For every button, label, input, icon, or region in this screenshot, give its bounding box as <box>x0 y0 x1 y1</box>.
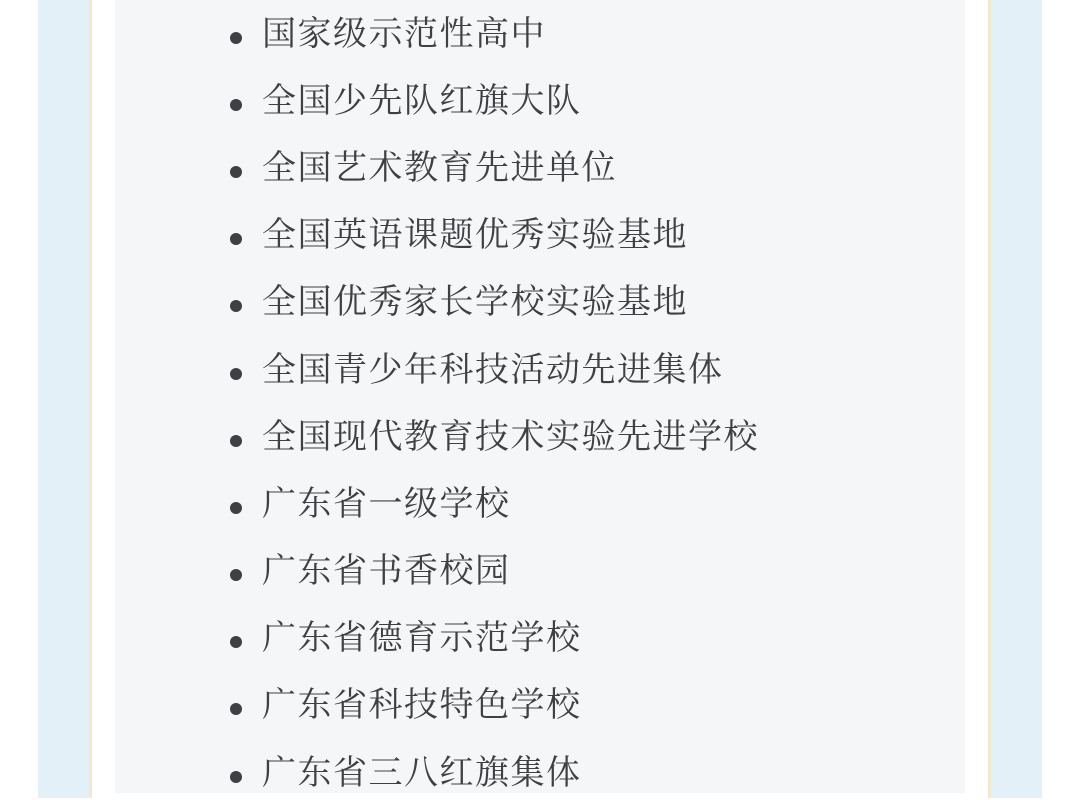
list-item: 广东省书香校园 <box>230 538 965 605</box>
list-item: 广东省三八红旗集体 <box>230 739 965 793</box>
bullet-icon <box>230 703 242 715</box>
honor-item-label: 广东省一级学校 <box>262 487 511 521</box>
list-item: 全国英语课题优秀实验基地 <box>230 202 965 269</box>
bullet-icon <box>230 569 242 581</box>
list-item: 全国艺术教育先进单位 <box>230 134 965 201</box>
bullet-icon <box>230 636 242 648</box>
honor-item-label: 广东省三八红旗集体 <box>262 756 582 790</box>
bullet-icon <box>230 435 242 447</box>
honor-item-label: 广东省德育示范学校 <box>262 621 582 655</box>
bullet-icon <box>230 32 242 44</box>
honor-item-label: 全国现代教育技术实验先进学校 <box>262 420 759 454</box>
list-item: 全国少先队红旗大队 <box>230 67 965 134</box>
bullet-icon <box>230 300 242 312</box>
honor-item-label: 全国青少年科技活动先进集体 <box>262 353 724 387</box>
list-item: 全国现代教育技术实验先进学校 <box>230 403 965 470</box>
bullet-icon <box>230 166 242 178</box>
honor-item-label: 国家级示范性高中 <box>262 17 546 51</box>
honor-item-label: 全国优秀家长学校实验基地 <box>262 285 688 319</box>
list-item: 广东省科技特色学校 <box>230 672 965 739</box>
left-border-line <box>89 0 92 798</box>
left-decorative-band <box>38 0 89 798</box>
list-item: 全国青少年科技活动先进集体 <box>230 336 965 403</box>
honor-item-label: 全国英语课题优秀实验基地 <box>262 218 688 252</box>
honors-list: 国家级示范性高中全国少先队红旗大队全国艺术教育先进单位全国英语课题优秀实验基地全… <box>115 0 965 793</box>
honor-item-label: 全国艺术教育先进单位 <box>262 151 617 185</box>
list-item: 广东省一级学校 <box>230 470 965 537</box>
list-item: 国家级示范性高中 <box>230 0 965 67</box>
honor-item-label: 全国少先队红旗大队 <box>262 84 582 118</box>
list-item: 广东省德育示范学校 <box>230 605 965 672</box>
bullet-icon <box>230 502 242 514</box>
honor-item-label: 广东省书香校园 <box>262 554 511 588</box>
article-content: 国家级示范性高中全国少先队红旗大队全国艺术教育先进单位全国英语课题优秀实验基地全… <box>115 0 965 793</box>
bullet-icon <box>230 771 242 783</box>
bullet-icon <box>230 368 242 380</box>
list-item: 全国优秀家长学校实验基地 <box>230 269 965 336</box>
bullet-icon <box>230 233 242 245</box>
honor-item-label: 广东省科技特色学校 <box>262 688 582 722</box>
bullet-icon <box>230 99 242 111</box>
right-decorative-band <box>991 0 1042 798</box>
